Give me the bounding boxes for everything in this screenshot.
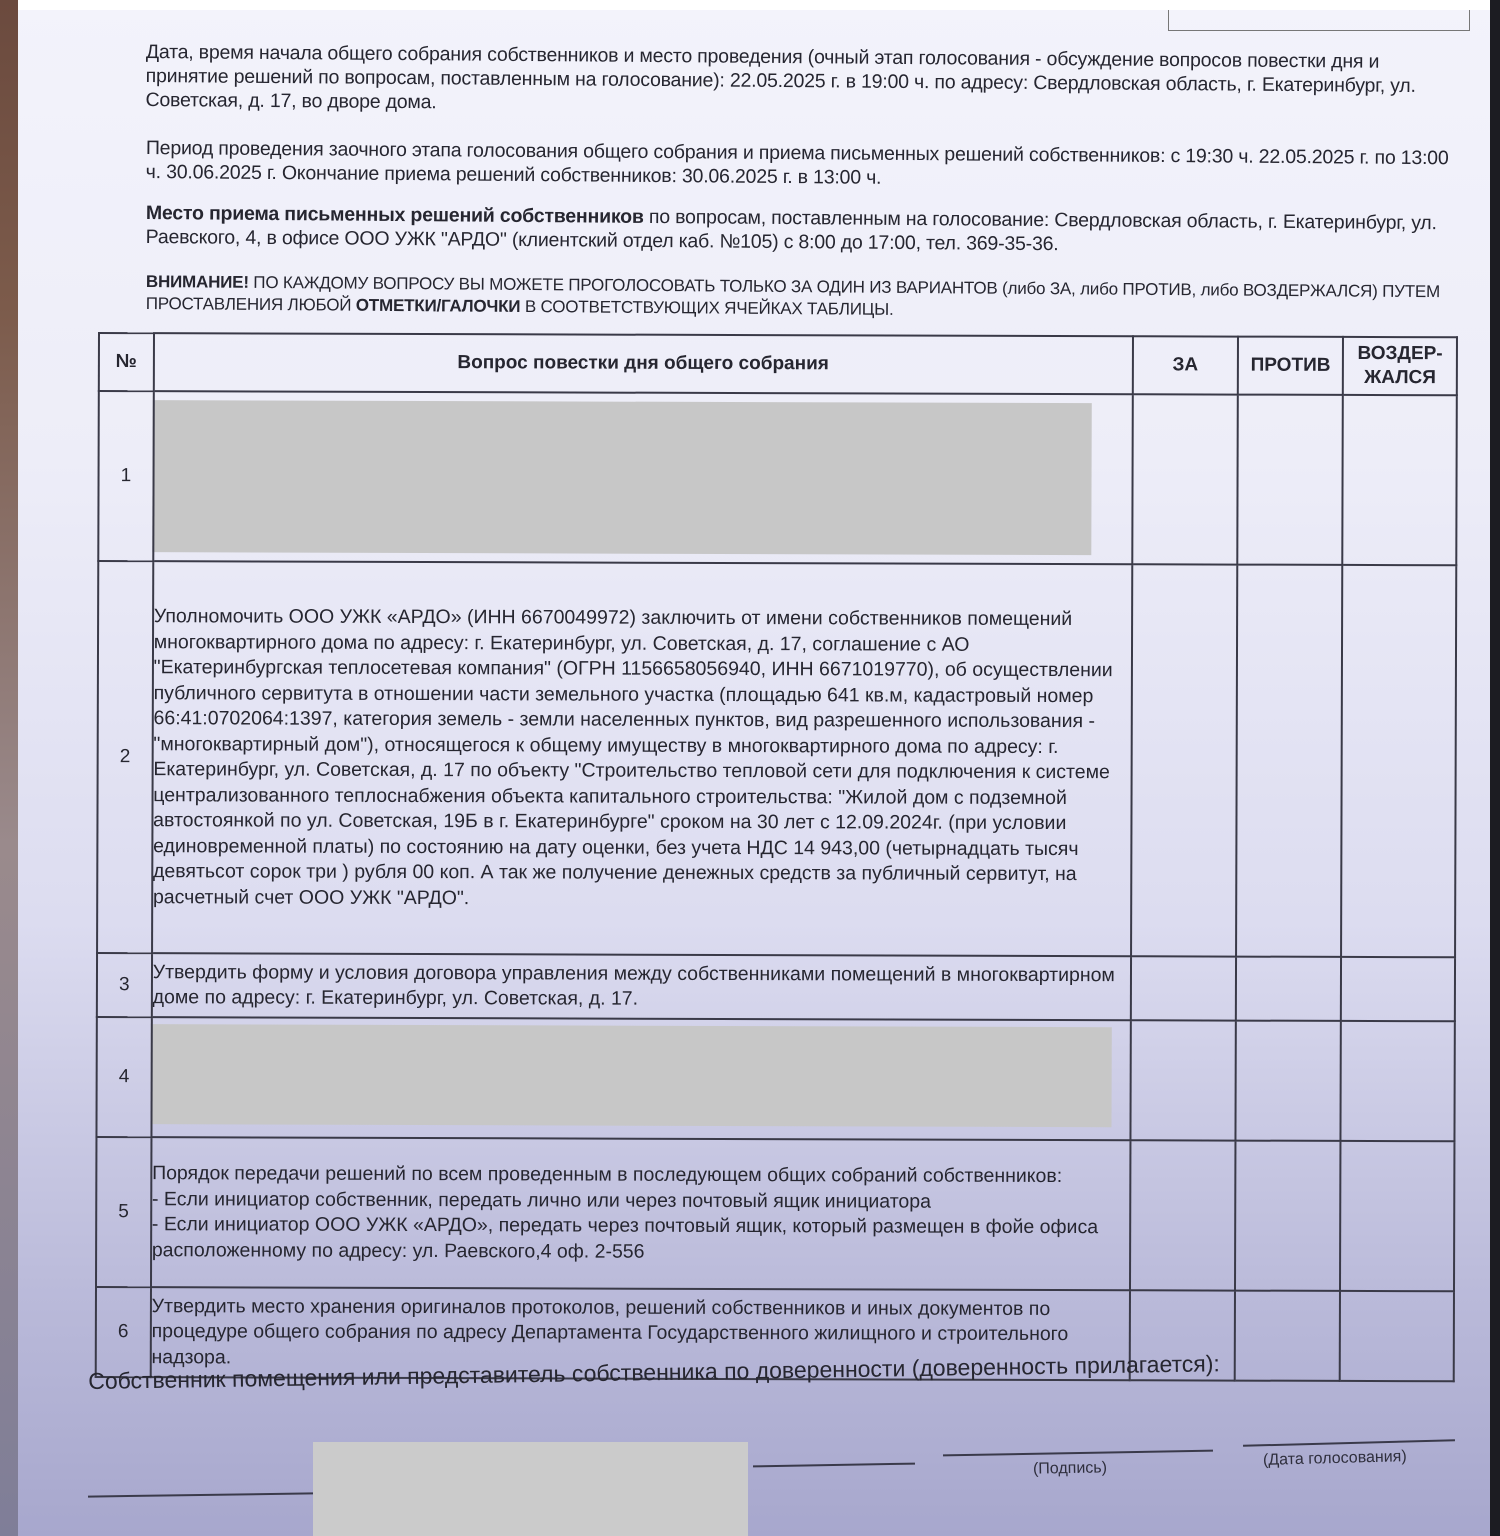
question-number: 5 <box>96 1137 151 1287</box>
ballot-page: Дата, время начала общего собрания собст… <box>18 0 1490 1536</box>
owner-name-line <box>88 1492 313 1497</box>
vote-for-cell[interactable] <box>1131 564 1237 956</box>
vote-against-cell[interactable] <box>1236 565 1342 957</box>
attention-paragraph: ВНИМАНИЕ! ПО КАЖДОМУ ВОПРОСУ ВЫ МОЖЕТЕ П… <box>146 271 1466 325</box>
header-number: № <box>99 333 154 391</box>
signature-caption: (Подпись) <box>1033 1459 1107 1478</box>
header-against: ПРОТИВ <box>1238 337 1343 395</box>
vote-abstain-cell[interactable] <box>1340 1141 1454 1291</box>
signature-line[interactable] <box>943 1450 1213 1457</box>
attention-text-2: В СООТВЕТСТВУЮЩИХ ЯЧЕЙКАХ ТАБЛИЦЫ. <box>520 297 893 319</box>
vote-for-cell[interactable] <box>1130 1140 1236 1290</box>
vote-abstain-cell[interactable] <box>1341 957 1455 1021</box>
vote-for-cell[interactable] <box>1131 956 1236 1020</box>
header-abstain: ВОЗДЕР-ЖАЛСЯ <box>1343 337 1457 395</box>
question-number: 2 <box>97 561 153 953</box>
vote-for-cell[interactable] <box>1132 394 1238 564</box>
voting-table-wrapper: № Вопрос повестки дня общего собрания ЗА… <box>95 332 1458 1382</box>
table-row: 2Уполномочить ООО УЖК «АРДО» (ИНН 667004… <box>97 561 1456 957</box>
question-text-redacted <box>153 391 1133 564</box>
question-number: 6 <box>96 1287 151 1377</box>
redaction-box <box>150 1024 1111 1127</box>
question-text: Утвердить форму и условия договора управ… <box>152 953 1131 1020</box>
vote-abstain-cell[interactable] <box>1341 565 1456 957</box>
page-top-edge <box>18 0 1490 10</box>
vote-against-cell[interactable] <box>1235 1141 1341 1291</box>
header-question: Вопрос повестки дня общего собрания <box>154 333 1133 394</box>
absentee-period-paragraph: Период проведения заочного этапа голосов… <box>146 136 1466 194</box>
owner-name-line-end[interactable] <box>753 1463 915 1468</box>
reception-place-paragraph: Место приема письменных решений собствен… <box>146 201 1466 259</box>
table-row: 3Утвердить форму и условия договора упра… <box>97 953 1455 1021</box>
table-header-row: № Вопрос повестки дня общего собрания ЗА… <box>99 333 1457 395</box>
voting-table: № Вопрос повестки дня общего собрания ЗА… <box>95 332 1458 1382</box>
vote-against-cell[interactable] <box>1236 957 1341 1021</box>
question-text-redacted <box>151 1017 1130 1140</box>
question-text: Порядок передачи решений по всем проведе… <box>151 1137 1130 1290</box>
redaction-box <box>152 400 1091 555</box>
vote-abstain-cell[interactable] <box>1343 395 1457 565</box>
question-text: Уполномочить ООО УЖК «АРДО» (ИНН 6670049… <box>152 561 1132 956</box>
table-row: 5Порядок передачи решений по всем провед… <box>96 1137 1454 1291</box>
redacted-owner-name <box>313 1442 748 1536</box>
table-row: 4 <box>96 1017 1454 1141</box>
table-row: 1 <box>98 391 1457 565</box>
vote-against-cell[interactable] <box>1235 1021 1341 1141</box>
vote-for-cell[interactable] <box>1130 1020 1236 1140</box>
header-form-box <box>1168 10 1470 31</box>
attention-mark-label: ОТМЕТКИ/ГАЛОЧКИ <box>356 296 521 316</box>
vote-against-cell[interactable] <box>1237 395 1343 565</box>
meeting-info-paragraph: Дата, время начала общего собрания собст… <box>145 40 1466 122</box>
header-for: ЗА <box>1133 336 1238 394</box>
attention-label: ВНИМАНИЕ! <box>146 272 249 292</box>
vote-date-line[interactable] <box>1243 1439 1455 1447</box>
question-number: 4 <box>96 1017 151 1137</box>
reception-place-title: Место приема письменных решений собствен… <box>146 202 644 228</box>
vote-date-caption: (Дата голосования) <box>1263 1448 1407 1470</box>
vote-abstain-cell[interactable] <box>1341 1021 1455 1141</box>
question-number: 1 <box>98 391 153 561</box>
question-number: 3 <box>97 953 152 1017</box>
